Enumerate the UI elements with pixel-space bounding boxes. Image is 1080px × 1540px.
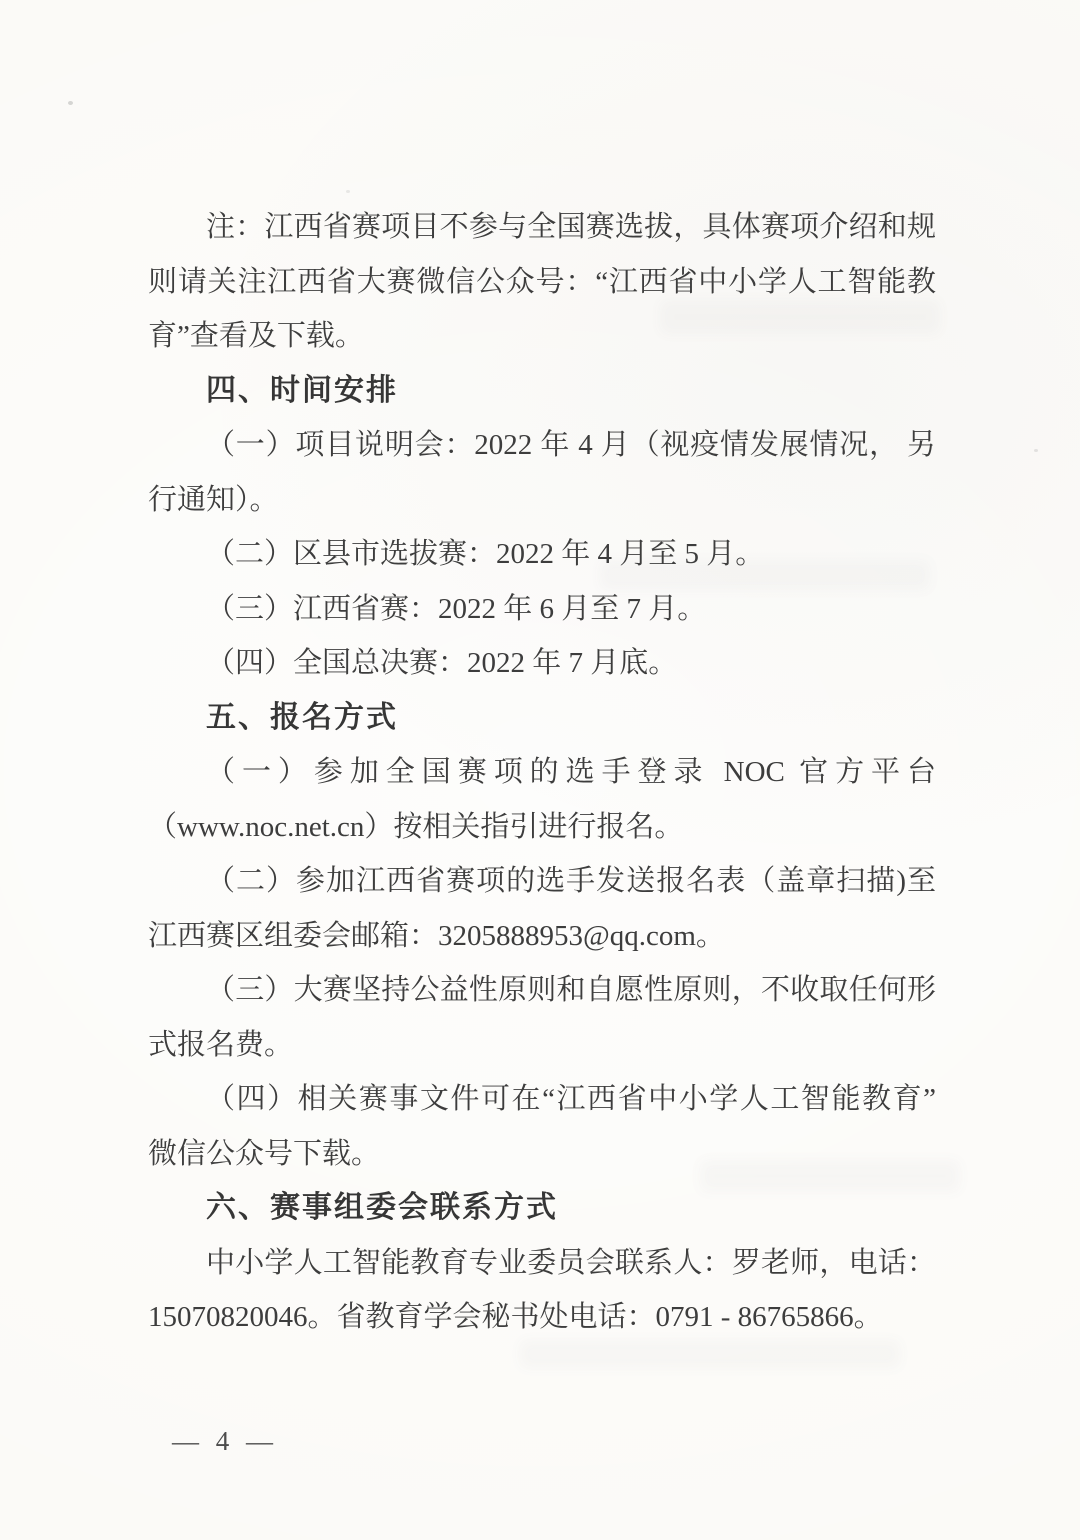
body-line: 行通知）。	[148, 473, 936, 528]
section-heading-time-schedule: 四、时间安排	[148, 364, 936, 419]
body-line: （二）参加江西省赛项的选手发送报名表（盖章扫描)至	[148, 854, 936, 909]
body-line: 式报名费。	[148, 1018, 936, 1073]
bleedthrough-artifact	[600, 560, 930, 590]
body-line: 江西赛区组委会邮箱：3205888953@qq.com。	[148, 909, 936, 964]
body-line: 中小学人工智能教育专业委员会联系人：罗老师，电话：	[148, 1236, 936, 1291]
bleedthrough-artifact	[660, 300, 940, 334]
body-line: （三）大赛坚持公益性原则和自愿性原则，不收取任何形	[148, 963, 936, 1018]
document-page: 注：江西省赛项目不参与全国赛选拔，具体赛项介绍和规 则请关注江西省大赛微信公众号…	[0, 0, 1080, 1540]
body-line: （四）相关赛事文件可在“江西省中小学人工智能教育”	[148, 1072, 936, 1127]
body-line: 15070820046。省教育学会秘书处电话：0791 - 86765866。	[148, 1290, 936, 1345]
body-line: （www.noc.net.cn）按相关指引进行报名。	[148, 800, 936, 855]
scan-speck	[346, 190, 350, 193]
scan-speck	[1034, 449, 1038, 452]
body-line: （四）全国总决赛：2022 年 7 月底。	[148, 636, 936, 691]
bleedthrough-artifact	[700, 1160, 960, 1192]
scan-speck	[68, 101, 73, 105]
body-line: （一）项目说明会：2022 年 4 月（视疫情发展情况， 另	[148, 418, 936, 473]
body-line: 注：江西省赛项目不参与全国赛选拔，具体赛项介绍和规	[148, 200, 936, 255]
body-line: （一）参加全国赛项的选手登录 NOC 官方平台	[148, 745, 936, 800]
page-number: — 4 —	[172, 1424, 278, 1458]
bleedthrough-artifact	[520, 1340, 900, 1368]
section-heading-registration: 五、报名方式	[148, 691, 936, 746]
